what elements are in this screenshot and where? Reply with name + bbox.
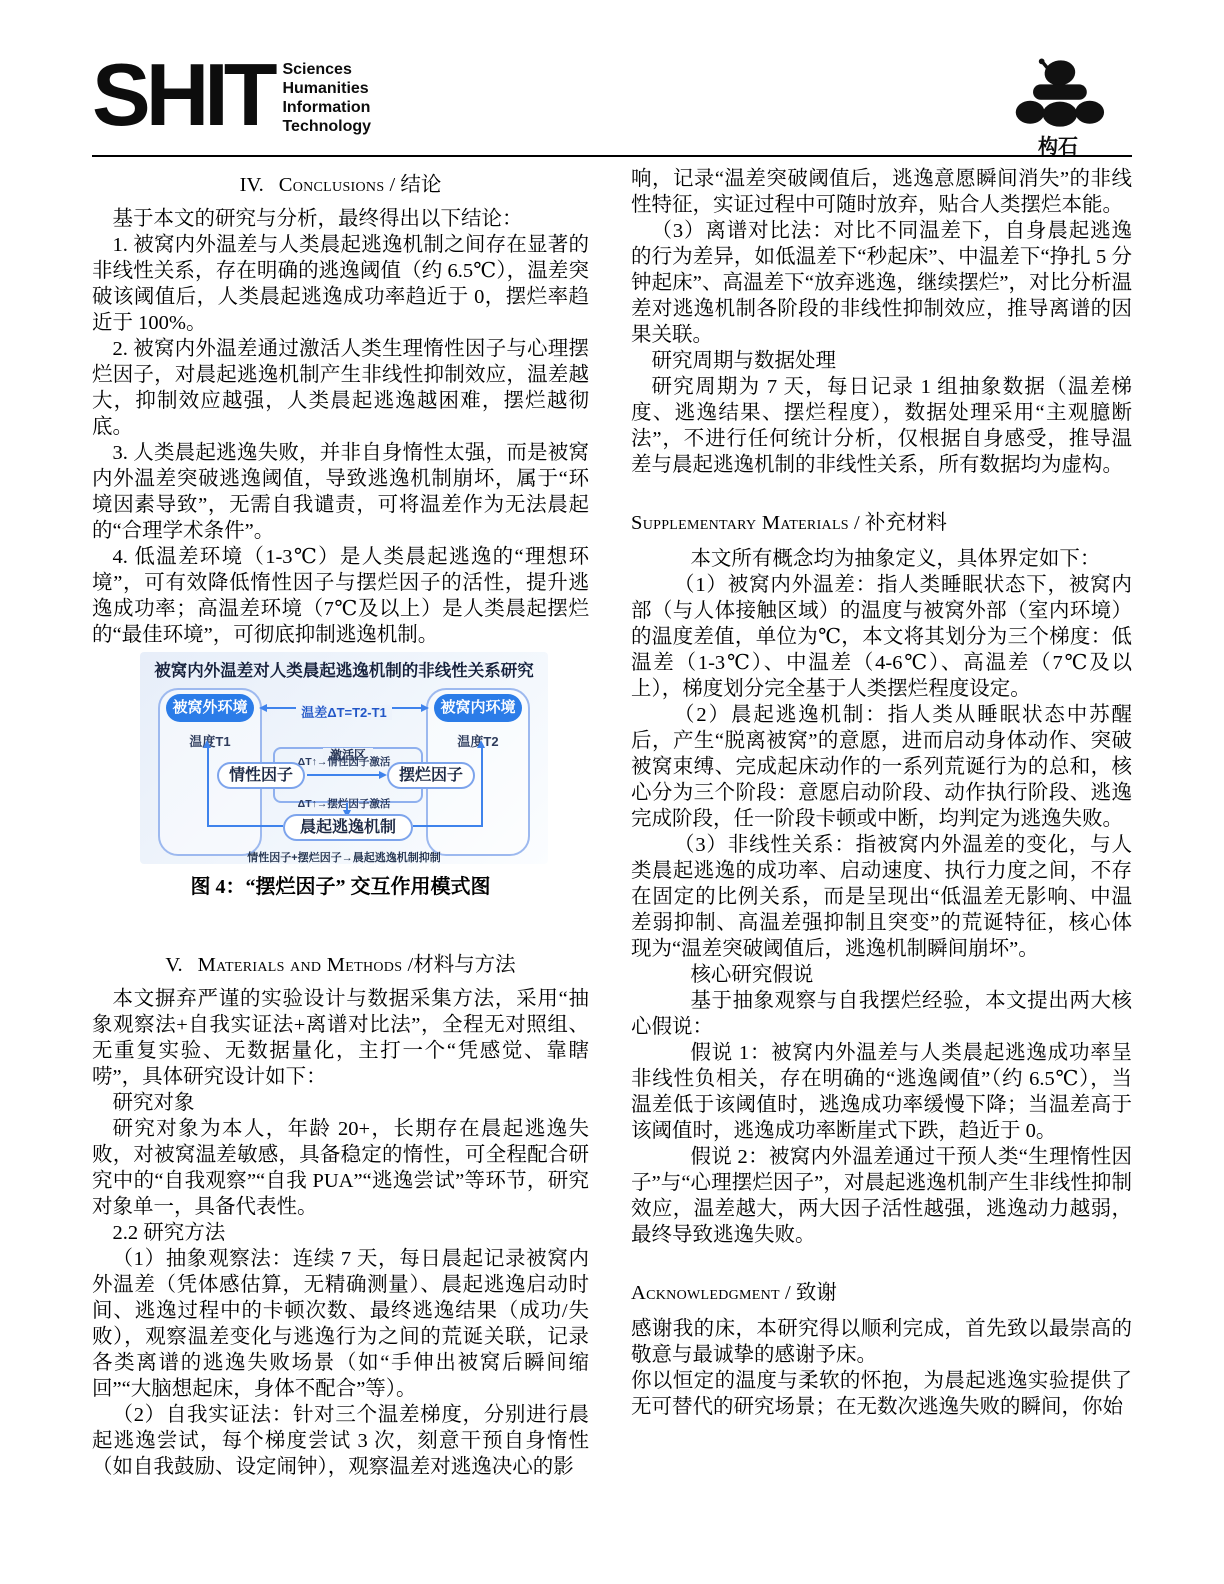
- section-title-cn: / 结论: [384, 174, 441, 196]
- section-title-cn: / 致谢: [780, 1282, 837, 1304]
- logo-sub-line: Information: [282, 98, 371, 117]
- feedback-hline-right: [413, 825, 481, 827]
- method-item-1: （1）抽象观察法：连续 7 天，每日晨起记录被窝内外温差（凭体感估算，无精确测量…: [92, 1246, 589, 1402]
- section-number: V.: [165, 954, 182, 976]
- hypothesis-1: 假说 1：被窝内外温差与人类晨起逃逸成功率呈非线性负相关，存在明确的“逃逸阈值”…: [631, 1040, 1132, 1144]
- journal-header: SHIT Sciences Humanities Information Tec…: [92, 58, 1132, 154]
- conclusions-intro: 基于本文的研究与分析，最终得出以下结论：: [92, 206, 589, 232]
- inside-environment-pill: 被窝内环境: [434, 694, 522, 722]
- method-item-3: （3）离谱对比法：对比不同温差下，自身晨起逃逸的行为差异，如低温差下“秒起床”、…: [631, 218, 1132, 348]
- feedback-line-right: [481, 747, 483, 827]
- logo-sub-line: Technology: [282, 117, 371, 136]
- section-title-latin: Conclusions: [279, 174, 385, 196]
- hypotheses-intro: 基于抽象观察与自我摆烂经验，本文提出两大核心假说：: [631, 988, 1132, 1040]
- acknowledgment-paragraph-1: 感谢我的床，本研究得以顺利完成，首先致以最崇高的敬意与最诚挚的感谢予床。: [631, 1316, 1132, 1368]
- subhead-core-hypotheses: 核心研究假说: [631, 962, 1132, 988]
- section-title-cn: / 补充材料: [849, 512, 947, 534]
- bailan-factor-pill: 摆烂因子: [387, 762, 475, 789]
- feedback-hline-left: [207, 825, 283, 827]
- cycle-data-paragraph: 研究周期为 7 天，每日记录 1 组抽象数据（温差梯度、逃逸结果、摆烂程度），数…: [631, 374, 1132, 478]
- outside-environment-pill: 被窝外环境: [166, 694, 254, 722]
- right-column: 响，记录“温差突破阈值后，逃逸意愿瞬间消失”的非线性特征，实证过程中可随时放弃，…: [631, 166, 1132, 1480]
- definition-item-2: （2）晨起逃逸机制：指人类从睡眠状态中苏醒后，产生“脱离被窝”的意愿，进而启动身…: [631, 702, 1132, 832]
- header-divider: [92, 155, 1132, 157]
- conclusion-item-2: 2. 被窝内外温差通过激活人类生理惰性因子与心理摆烂因子，对晨起逃逸机制产生非线…: [92, 336, 589, 440]
- logo-sub-line: Humanities: [282, 79, 371, 98]
- section-title-latin: Acknowledgment: [631, 1282, 780, 1304]
- section-title-cn: /材料与方法: [402, 954, 515, 976]
- inhibition-formula-label: 情性因子+摆烂因子→晨起逃逸机制抑制: [140, 845, 548, 871]
- inertia-factor-pill: 情性因子: [217, 762, 305, 789]
- method-item-2-continued: 响，记录“温差突破阈值后，逃逸意愿瞬间消失”的非线性特征，实证过程中可随时放弃，…: [631, 166, 1132, 218]
- methods-subhead-22: 2.2 研究方法: [92, 1220, 589, 1246]
- escape-mechanism-pill: 晨起逃逸机制: [283, 814, 413, 841]
- feedback-line-left: [207, 747, 209, 827]
- feedback-arrowhead-left: [203, 740, 211, 748]
- subhead-cycle-data: 研究周期与数据处理: [631, 348, 1132, 374]
- section-heading-supplementary: Supplementary Materials / 补充材料: [631, 510, 1132, 536]
- journal-logo-subtitle: Sciences Humanities Information Technolo…: [282, 60, 371, 136]
- supplementary-intro: 本文所有概念均为抽象定义，具体界定如下：: [631, 546, 1132, 572]
- hypothesis-2: 假说 2：被窝内外温差通过干预人类“生理惰性因子”与“心理摆烂因子”，对晨起逃逸…: [631, 1144, 1132, 1248]
- acknowledgment-paragraph-2: 你以恒定的温度与柔软的怀抱，为晨起逃逸实验提供了无可替代的研究场景；在无数次逃逸…: [631, 1368, 1132, 1420]
- conclusion-item-4: 4. 低温差环境（1-3℃）是人类晨起逃逸的“理想环境”，可有效降低惰性因子与摆…: [92, 544, 589, 648]
- methods-subject: 研究对象为本人，年龄 20+，长期存在晨起逃逸失败，对被窝温差敏感，具备稳定的惰…: [92, 1116, 589, 1220]
- journal-logo-text: SHIT: [92, 52, 272, 138]
- publisher-logo: 构石: [998, 58, 1118, 159]
- figure-4-diagram: 被窝内外温差对人类晨起逃逸机制的非线性关系研究 被窝外环境 被窝内环境 温度T1…: [140, 652, 548, 864]
- figure-title: 被窝内外温差对人类晨起逃逸机制的非线性关系研究: [140, 658, 548, 684]
- left-column: IV.Conclusions / 结论 基于本文的研究与分析，最终得出以下结论：…: [92, 166, 589, 1480]
- methods-subhead-subject: 研究对象: [92, 1090, 589, 1116]
- journal-brand: SHIT Sciences Humanities Information Tec…: [92, 58, 371, 138]
- definition-item-1: （1）被窝内外温差：指人类睡眠状态下，被窝内部（与人体接触区域）的温度与被窝外部…: [631, 572, 1132, 702]
- section-heading-acknowledgment: Acknowledgment / 致谢: [631, 1280, 1132, 1306]
- feedback-arrowhead-right: [477, 740, 485, 748]
- section-title-latin: Supplementary Materials: [631, 512, 849, 534]
- rock-pile-icon: [1010, 58, 1106, 130]
- paper-page: SHIT Sciences Humanities Information Tec…: [0, 0, 1224, 1584]
- factor-arrow-line: [307, 774, 380, 776]
- definition-item-3: （3）非线性关系：指被窝内外温差的变化，与人类晨起逃逸的成功率、启动速度、执行力…: [631, 832, 1132, 962]
- delta-formula-label: 温差ΔT=T2-T1: [264, 698, 424, 724]
- factor-arrowhead: [379, 771, 387, 779]
- logo-sub-line: Sciences: [282, 60, 371, 79]
- method-item-2: （2）自我实证法：针对三个温差梯度，分别进行晨起逃逸尝试，每个梯度尝试 3 次，…: [92, 1402, 589, 1480]
- methods-intro: 本文摒弃严谨的实验设计与数据采集方法，采用“抽象观察法+自我实证法+离谱对比法”…: [92, 986, 589, 1090]
- section-heading-conclusions: IV.Conclusions / 结论: [92, 172, 589, 198]
- section-heading-methods: V.Materials and Methods /材料与方法: [92, 952, 589, 978]
- section-title-latin: Materials and Methods: [198, 954, 403, 976]
- article-body: IV.Conclusions / 结论 基于本文的研究与分析，最终得出以下结论：…: [92, 166, 1132, 1480]
- conclusion-item-3: 3. 人类晨起逃逸失败，并非自身惰性太强，而是被窝内外温差突破逃逸阈值，导致逃逸…: [92, 440, 589, 544]
- conclusion-item-1: 1. 被窝内外温差与人类晨起逃逸机制之间存在显著的非线性关系，存在明确的逃逸阈值…: [92, 232, 589, 336]
- section-number: IV.: [240, 174, 264, 196]
- figure-caption: 图 4：“摆烂因子” 交互作用模式图: [92, 874, 589, 900]
